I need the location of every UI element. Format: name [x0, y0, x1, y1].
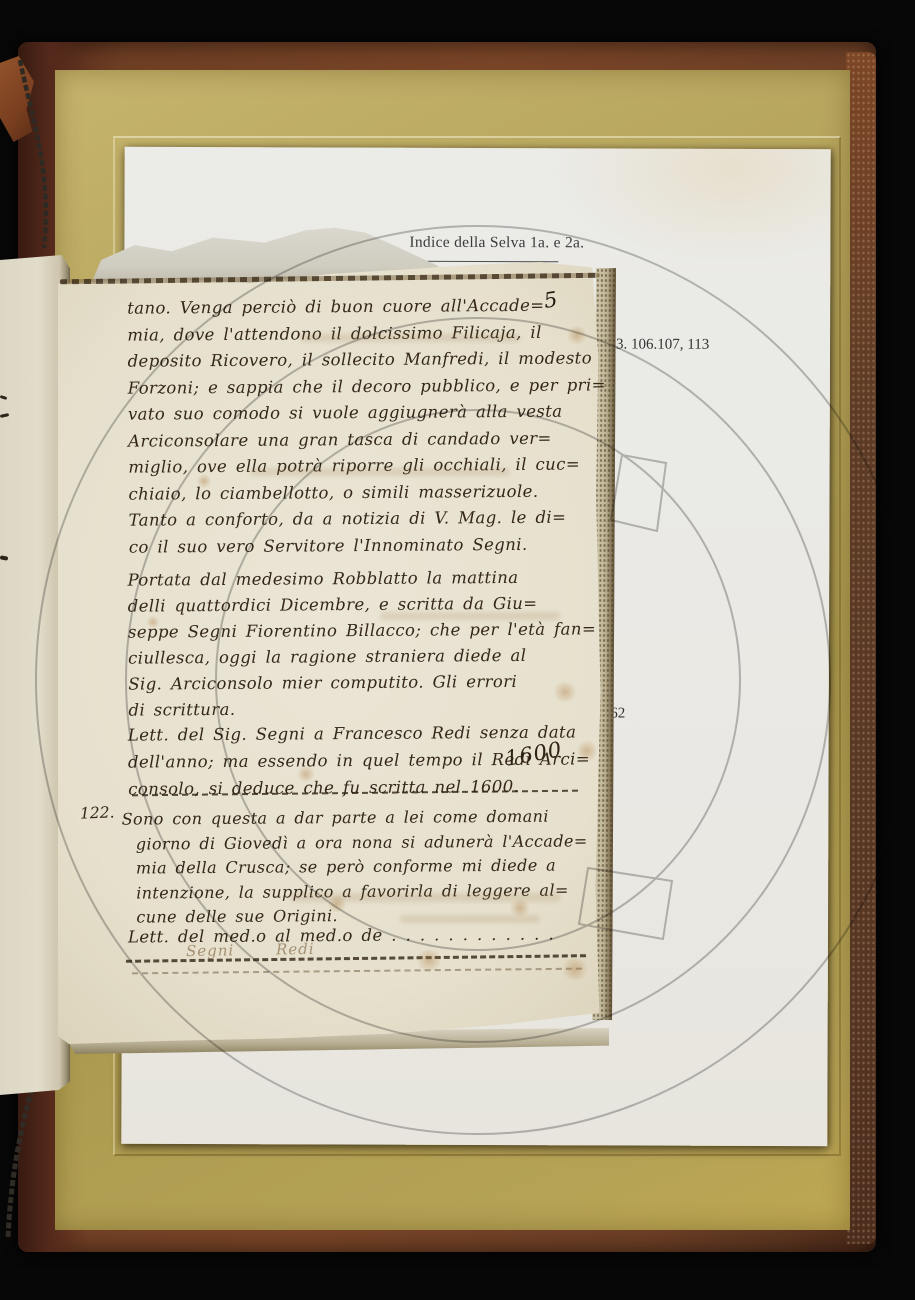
foxing-stain — [414, 950, 444, 970]
handwritten-line: tano. Venga perciò di buon cuore all'Acc… — [127, 292, 605, 322]
manuscript-paragraph-2: Portata dal medesimo Robblatto la mattin… — [127, 564, 596, 723]
handwritten-line: Tanto a conforto, da a notizia di V. Mag… — [129, 504, 607, 534]
index-page-references: 103. 106.107, 113 — [601, 336, 709, 353]
manuscript-paragraph-1: tano. Venga perciò di buon cuore all'Acc… — [127, 292, 607, 560]
foxing-stain — [296, 766, 316, 782]
ink-bleedthrough — [400, 915, 540, 923]
foxing-stain — [196, 474, 212, 488]
handwritten-line: vato suo comodo si vuole aggiugnerà alla… — [128, 398, 606, 428]
foxing-stain — [578, 738, 596, 764]
ink-bleedthrough — [380, 612, 560, 620]
handwritten-line: Sig. Arciconsolo mier computito. Gli err… — [128, 668, 596, 697]
handwritten-line: Arciconsolare una gran tasca di candado … — [128, 425, 606, 455]
ink-bleedthrough — [290, 893, 560, 902]
foxing-stain — [508, 900, 532, 916]
ink-bleedthrough — [300, 334, 520, 342]
handwritten-line: giorno di Giovedì a ora nona si adunerà … — [136, 829, 588, 857]
foxing-stain — [560, 958, 590, 980]
leather-fore-edge — [846, 52, 876, 1244]
index-header: Indice della Selva 1a. e 2a. — [409, 234, 584, 253]
photo-stage: Indice della Selva 1a. e 2a. 103. 106.10… — [0, 0, 915, 1300]
handwritten-line: seppe Segni Fiorentino Billacco; che per… — [128, 616, 596, 645]
foxing-stain — [552, 682, 578, 702]
handwritten-line: mia della Crusca; se però conforme mi di… — [136, 853, 588, 881]
handwritten-line: Sono con questa a dar parte a lei come d… — [122, 804, 588, 832]
handwritten-line: deposito Ricovero, il sollecito Manfredi… — [127, 345, 605, 375]
handwritten-line: Portata dal medesimo Robblatto la mattin… — [127, 564, 595, 593]
foxing-stain — [146, 616, 160, 628]
foxing-stain — [566, 326, 588, 344]
handwritten-line: ciullesca, oggi la ragione straniera die… — [128, 642, 596, 671]
item-number-122: 122. — [80, 803, 115, 822]
ink-bleedthrough — [250, 468, 510, 476]
header-underline — [410, 261, 558, 263]
handwritten-line: Forzoni; e sappia che il decoro pubblico… — [128, 372, 606, 402]
handwritten-line: co il suo vero Servitore l'Innominato Se… — [129, 531, 607, 561]
handwritten-line: consolo, si deduce che fu scritta nel 16… — [128, 772, 590, 802]
